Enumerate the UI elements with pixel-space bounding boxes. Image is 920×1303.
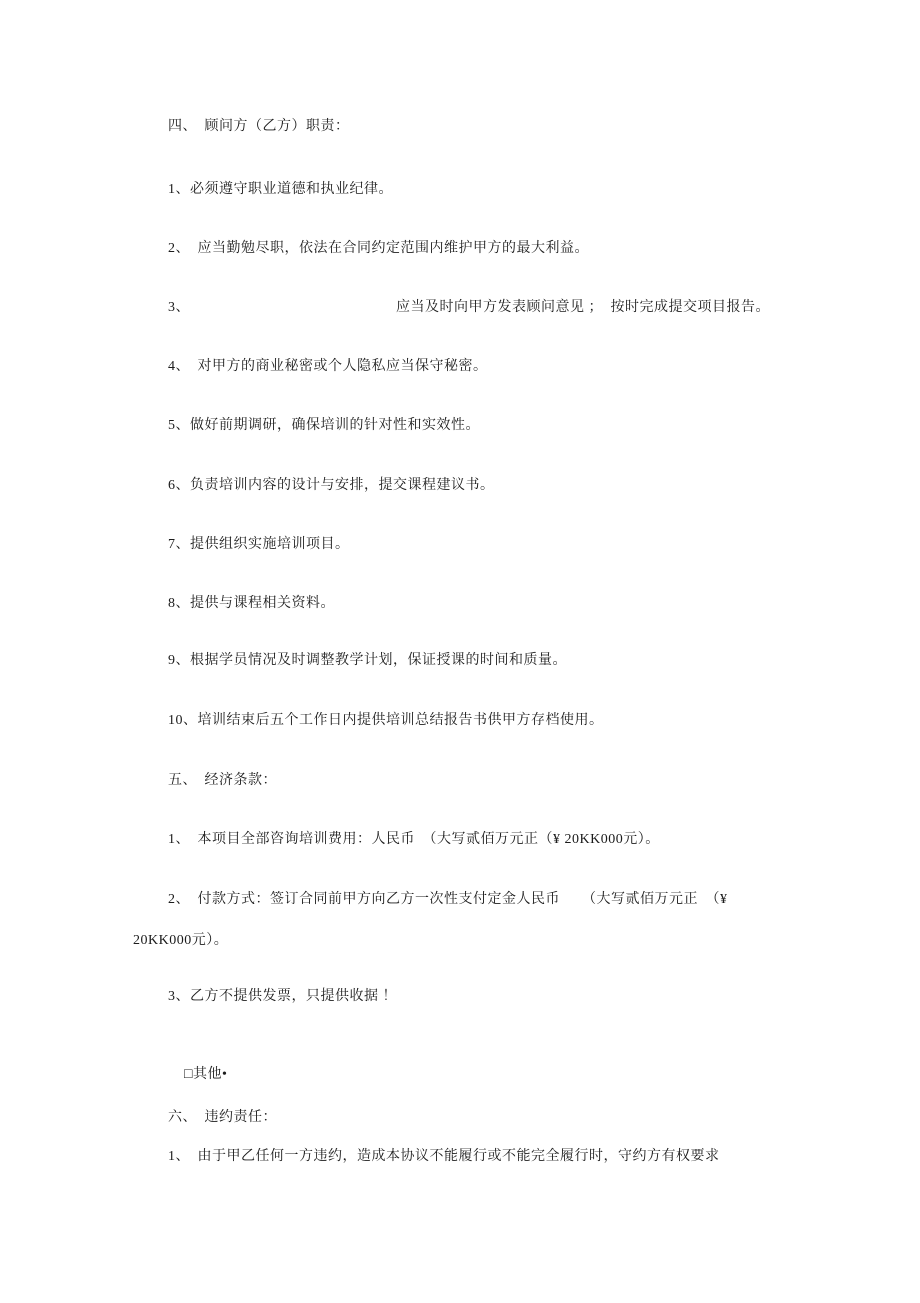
consultant-duty-item-7: 7、提供组织实施培训项目。: [168, 536, 350, 554]
consultant-duty-item-2: 2、 应当勤勉尽职，依法在合同约定范围内维护甲方的最大利益。: [168, 240, 589, 258]
other-option-label: 其他•: [193, 1067, 227, 1082]
consultant-duty-item-8: 8、提供与课程相关资料。: [168, 595, 335, 613]
consultant-duty-item-4: 4、 对甲方的商业秘密或个人隐私应当保守秘密。: [168, 358, 488, 376]
consultant-duty-item-9: 9、根据学员情况及时调整教学计划，保证授课的时间和质量。: [168, 652, 567, 670]
section-heading-consultant-duties: 四、 顾问方（乙方）职责：: [168, 118, 350, 136]
economic-term-item-2-line-1: 2、 付款方式：签订合同前甲方向乙方一次性支付定金人民币 （大写贰佰万元正 （¥: [168, 891, 728, 909]
consultant-duty-item-10: 10、培训结束后五个工作日内提供培训总结报告书供甲方存档使用。: [168, 712, 604, 730]
section-heading-breach-liability: 六、 违约责任：: [168, 1109, 277, 1127]
consultant-duty-item-3-text: 应当及时向甲方发表顾问意见 ； 按时完成提交项目报告。: [396, 299, 770, 317]
consultant-duty-item-1: 1、必须遵守职业道德和执业纪律。: [168, 181, 393, 199]
economic-term-item-3: 3、乙方不提供发票，只提供收据 ！: [168, 988, 397, 1006]
consultant-duty-item-6: 6、负责培训内容的设计与安排，提交课程建议书。: [168, 477, 495, 495]
consultant-duty-item-3-number: 3、: [168, 299, 190, 317]
consultant-duty-item-5: 5、做好前期调研，确保培训的针对性和实效性。: [168, 417, 480, 435]
checkbox-unchecked-icon: □: [184, 1067, 193, 1082]
economic-term-item-2-continuation: 20KK000元）。: [133, 932, 228, 950]
contract-document-page: 四、 顾问方（乙方）职责： 1、必须遵守职业道德和执业纪律。 2、 应当勤勉尽职…: [0, 0, 920, 1303]
economic-term-item-1: 1、 本项目全部咨询培训费用：人民币 （大写贰佰万元正（¥ 20KK000元）。: [168, 831, 660, 849]
other-option-line: □其他•: [168, 1048, 227, 1102]
section-heading-economic-terms: 五、 经济条款：: [168, 772, 277, 790]
breach-liability-item-1: 1、 由于甲乙任何一方违约，造成本协议不能履行或不能完全履行时，守约方有权要求: [168, 1148, 720, 1166]
